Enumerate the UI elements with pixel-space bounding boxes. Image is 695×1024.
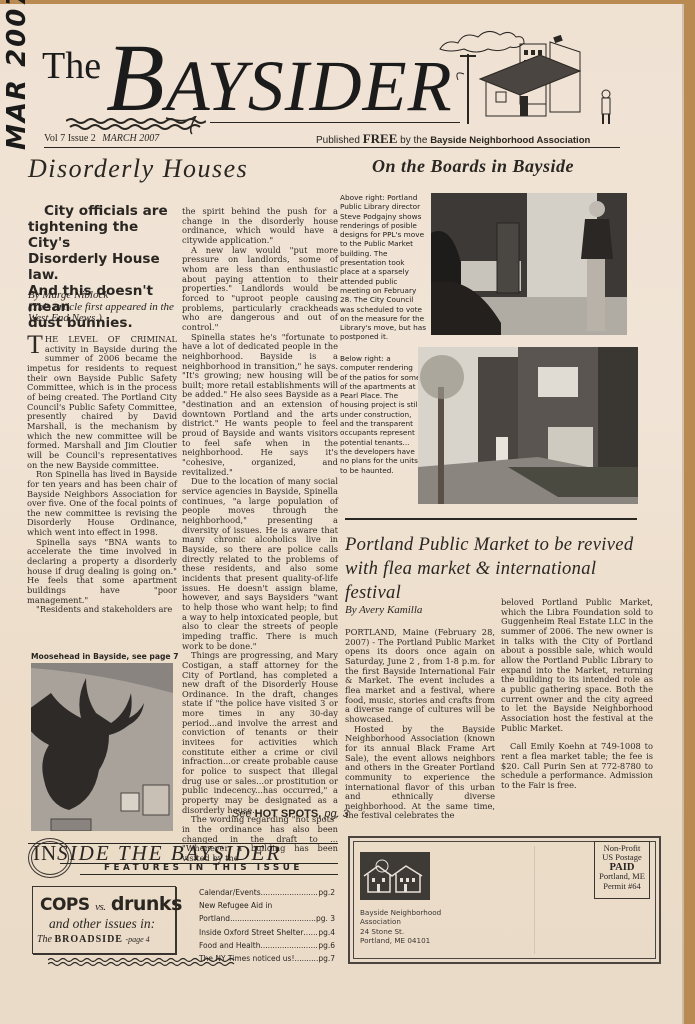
- promo-the: The: [37, 934, 52, 945]
- toc-item[interactable]: Portlandpg. 3: [199, 912, 335, 925]
- paragraph: Due to the location of many social servi…: [182, 477, 338, 651]
- issue-info: Vol 7 Issue 2 MARCH 2007: [44, 133, 159, 144]
- published-prefix: Published: [316, 135, 360, 146]
- return-address: Bayside Neighborhood Association 24 Ston…: [360, 908, 441, 945]
- paragraph: Call Emily Koehn at 749-1008 to rent a f…: [501, 742, 653, 790]
- market-column-1: PORTLAND, Maine (February 28, 2007) - Th…: [345, 628, 495, 821]
- paragraph: A new law would "put more pressure on la…: [182, 246, 338, 333]
- pearl-place-rendering: [418, 347, 638, 504]
- pearl-place-caption: Below right: a computer rendering of the…: [340, 354, 422, 475]
- market-headline: Portland Public Market to be revived wit…: [345, 533, 645, 605]
- paragraph: Spinella says "BNA wants to accelerate t…: [27, 538, 177, 606]
- issue-date: MARCH 2007: [102, 133, 159, 144]
- paragraph: PORTLAND, Maine (February 28, 2007) - Th…: [345, 628, 495, 725]
- inside-title-in: IN: [33, 841, 57, 865]
- paragraph: the spirit behind the push for a change …: [182, 207, 338, 246]
- address-line: 24 Stone St.: [360, 927, 441, 936]
- publisher-line: Published FREE by the Bayside Neighborho…: [316, 131, 590, 147]
- deck-line: tightening the City's: [28, 219, 178, 251]
- paragraph: Things are progressing, and Mary Costiga…: [182, 651, 338, 815]
- continued-jump-link[interactable]: See HOT SPOTS, pg. 3: [232, 808, 349, 820]
- masthead-title: BAYSIDER: [106, 30, 453, 126]
- promo-page: -page 4: [125, 935, 149, 944]
- promo-broadside-name: BROADSIDE: [55, 934, 123, 945]
- promo-drunks: drunks: [111, 893, 182, 915]
- lead-byline: By Marge Niblock (This article first app…: [28, 290, 178, 325]
- paragraph: "Residents and stakeholders are: [27, 605, 177, 615]
- promo-cops: COPS: [40, 895, 90, 915]
- volume-issue: Vol 7 Issue 2: [44, 133, 96, 144]
- paragraph: THE LEVEL OF CRIMINAL activity in Baysid…: [27, 335, 177, 470]
- market-column-2: beloved Portland Public Market, which th…: [501, 598, 653, 790]
- published-by: by the: [400, 135, 427, 146]
- postage-indicia: Non-Profit US Postage PAID Portland, ME …: [594, 841, 650, 899]
- promo-headline: COPS vs. drunks: [40, 893, 182, 915]
- address-line: Portland, ME 04101: [360, 936, 441, 945]
- toc-item[interactable]: Inside Oxford Street Shelterpg.4: [199, 926, 335, 939]
- boards-headline: On the Boards in Bayside: [372, 156, 574, 177]
- toc-item[interactable]: Food and Healthpg.6: [199, 939, 335, 952]
- library-photo-caption: Above right: Portland Public Library dir…: [340, 193, 426, 342]
- moose-head-icon: [31, 663, 173, 831]
- lead-headline: Disorderly Houses: [28, 154, 248, 184]
- address-line: Bayside Neighborhood: [360, 908, 441, 917]
- address-line: Association: [360, 917, 441, 926]
- paragraph: Spinella states he's "fortunate to have …: [182, 333, 338, 478]
- moosehead-photo: [31, 663, 173, 831]
- inside-rule: [80, 874, 338, 875]
- masthead-divider: [44, 147, 620, 148]
- paragraph-text: HE LEVEL OF CRIMINAL activity in Bayside…: [27, 334, 177, 470]
- market-byline: By Avery Kamilla: [345, 604, 422, 616]
- toc-item[interactable]: Calendar/Eventspg.2: [199, 886, 335, 899]
- author: By Marge Niblock: [28, 290, 178, 302]
- lead-column-1: THE LEVEL OF CRIMINAL activity in Baysid…: [27, 335, 177, 615]
- promo-broadside: The BROADSIDE -page 4: [37, 934, 150, 945]
- jump-target: HOT SPOTS,: [255, 808, 322, 820]
- neighborhood-illustration-icon: [420, 24, 620, 134]
- masthead-title-initial: B: [106, 24, 166, 131]
- deck-line: Disorderly House law.: [28, 251, 178, 283]
- presentation-scene-icon: [431, 193, 627, 335]
- inside-subtitle: FEATURES IN THIS ISSUE: [104, 863, 303, 873]
- promo-subline: and other issues in:: [49, 916, 155, 932]
- free-label: FREE: [363, 131, 398, 146]
- handwritten-date-note: MAR 2007: [2, 0, 32, 150]
- library-meeting-photo: [431, 193, 627, 335]
- drop-cap: T: [27, 335, 43, 355]
- promo-vs: vs.: [95, 901, 105, 913]
- toc-item-line: New Refugee Aid in: [199, 899, 335, 912]
- inside-title-rest: SIDE THE BAYSIDER: [57, 841, 281, 865]
- table-of-contents: Calendar/Eventspg.2 New Refugee Aid in P…: [199, 886, 335, 965]
- publisher-name: Bayside Neighborhood Association: [430, 135, 590, 146]
- waves-divider-icon: [48, 957, 238, 967]
- apartment-rendering-icon: [418, 347, 638, 504]
- jump-see: See: [232, 808, 252, 820]
- postage-line: Permit #64: [595, 882, 649, 891]
- paragraph: Ron Spinella has lived in Bayside for te…: [27, 470, 177, 538]
- masthead-the: The: [42, 44, 101, 88]
- moose-photo-caption: Moosehead in Bayside, see page 7: [31, 652, 178, 661]
- paragraph: Hosted by the Bayside Neighborhood Assoc…: [345, 725, 495, 822]
- paragraph: beloved Portland Public Market, which th…: [501, 598, 653, 733]
- byline-note: (This article first appeared in the West…: [28, 302, 178, 325]
- lead-column-2: the spirit behind the push for a change …: [182, 207, 338, 864]
- deck-line: City officials are: [28, 203, 178, 219]
- masthead-title-rest: AYSIDER: [166, 46, 453, 126]
- houses-logo-icon: [360, 852, 430, 900]
- section-divider: [345, 518, 637, 520]
